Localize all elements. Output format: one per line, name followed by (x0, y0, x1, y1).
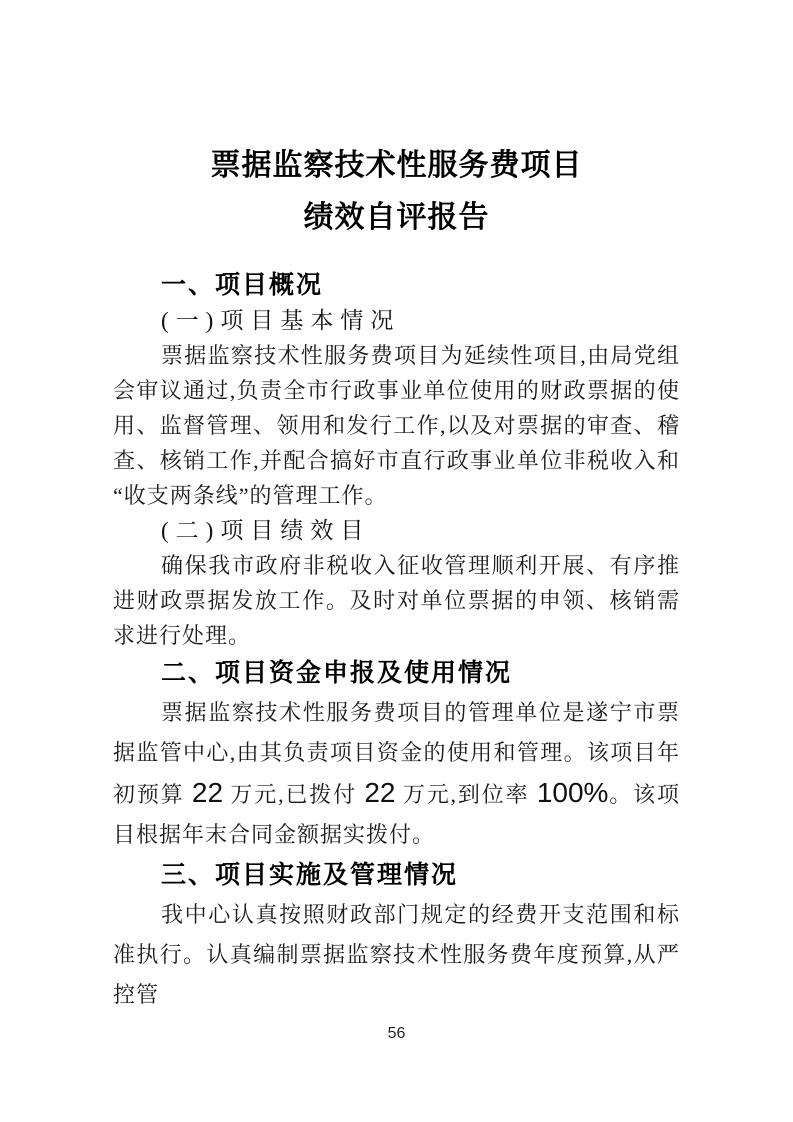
section-1-paragraph-2: 确保我市政府非税收入征收管理顺利开展、有序推进财政票据发放工作。及时对单位票据的… (113, 548, 680, 653)
section-1-paragraph-1: 票据监察技术性服务费项目为延续性项目,由局党组会审议通过,负责全市行政事业单位使… (113, 338, 680, 513)
document-title: 票据监察技术性服务费项目绩效自评报告 (113, 140, 680, 244)
section-1-subheading-1: (一)项目基本情况 (113, 303, 680, 338)
page-number: 56 (0, 1025, 793, 1043)
section-3-paragraph: 我中心认真按照财政部门规定的经费开支范围和标准执行。认真编制票据监察技术性服务费… (113, 895, 680, 1015)
funding-text-segment: 万元,已拨付 (223, 782, 364, 807)
paid-amount-value: 22 (364, 777, 395, 808)
funding-text-segment: 万元,到位率 (396, 782, 537, 807)
section-3-heading: 三、项目实施及管理情况 (113, 855, 680, 895)
funding-rate-value: 100% (537, 777, 609, 808)
document-title-line-2: 绩效自评报告 (113, 192, 680, 244)
document-title-line-1: 票据监察技术性服务费项目 (113, 140, 680, 192)
section-1-subheading-2: (二)项目绩效目 (113, 513, 680, 548)
budget-amount-value: 22 (192, 777, 223, 808)
section-2-heading: 二、项目资金申报及使用情况 (113, 653, 680, 693)
section-1-heading: 一、项目概况 (113, 268, 680, 303)
section-funding-block: 二、项目资金申报及使用情况 票据监察技术性服务费项目的管理单位是遂宁市票据监管中… (113, 653, 680, 1015)
section-overview-block: 一、项目概况 (一)项目基本情况 票据监察技术性服务费项目为延续性项目,由局党组… (113, 268, 680, 653)
section-2-paragraph: 票据监察技术性服务费项目的管理单位是遂宁市票据监管中心,由其负责项目资金的使用和… (113, 693, 680, 855)
document-content: 票据监察技术性服务费项目绩效自评报告 一、项目概况 (一)项目基本情况 票据监察… (113, 140, 680, 1015)
document-page: 票据监察技术性服务费项目绩效自评报告 一、项目概况 (一)项目基本情况 票据监察… (0, 0, 793, 1122)
